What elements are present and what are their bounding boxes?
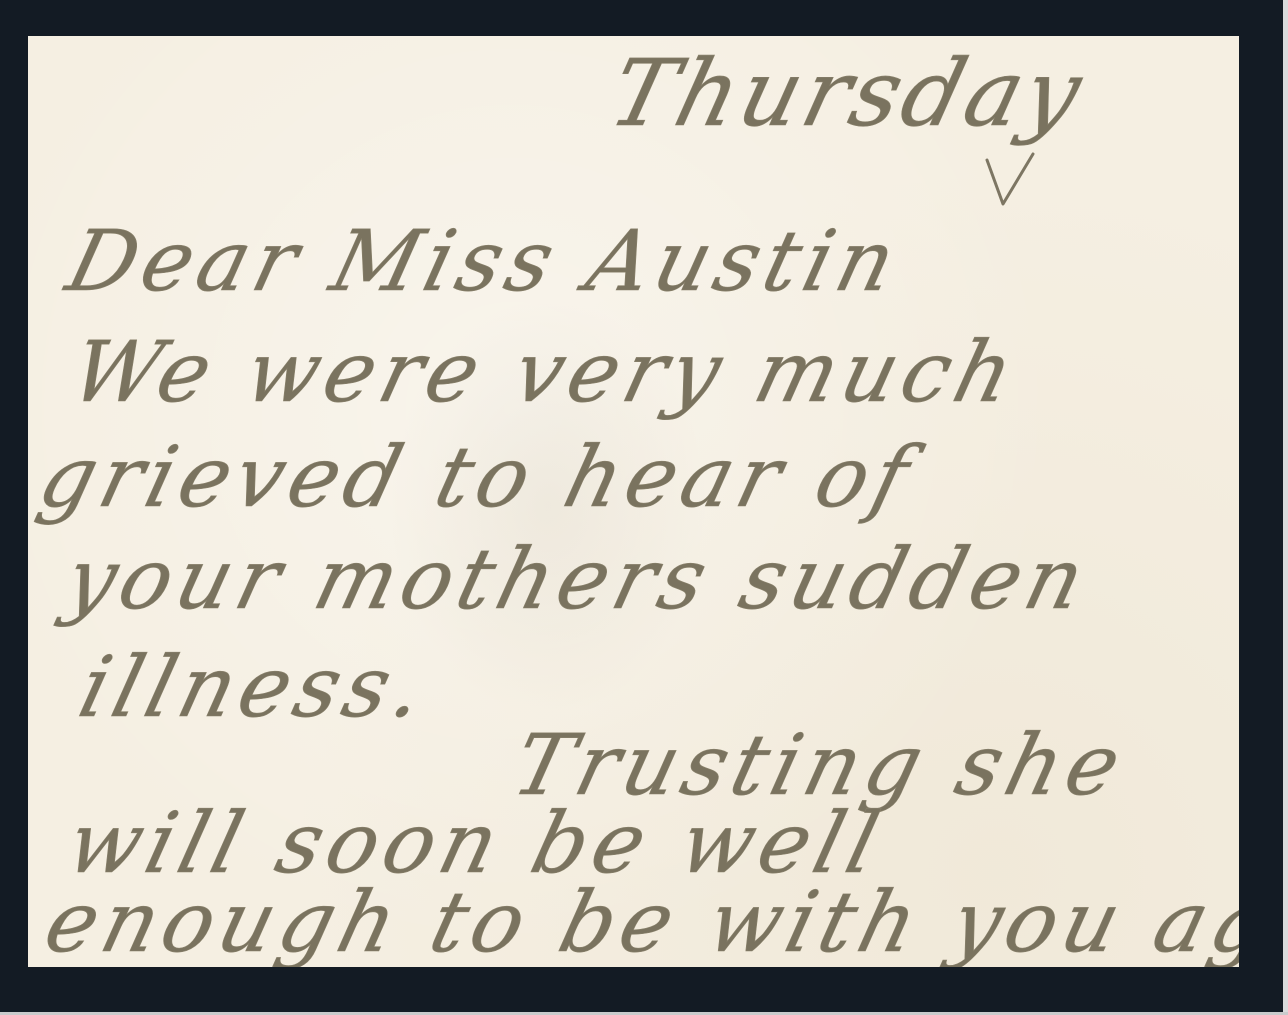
body-line-7: enough to be with you again	[36, 873, 1239, 967]
scan-edge-right	[1283, 0, 1288, 1015]
date-line: Thursday	[600, 40, 1095, 147]
body-line-4: illness.	[70, 638, 440, 736]
check-mark-icon	[981, 152, 1041, 212]
body-line-1: We were very much	[62, 323, 1029, 421]
greeting: Dear Miss Austin	[58, 212, 911, 310]
mourning-card: Thursday Dear Miss Austin We were very m…	[0, 0, 1288, 1015]
body-line-2: grieved to hear of	[30, 428, 924, 526]
body-line-3: your mothers sudden	[56, 530, 1100, 628]
card-paper: Thursday Dear Miss Austin We were very m…	[28, 36, 1239, 967]
